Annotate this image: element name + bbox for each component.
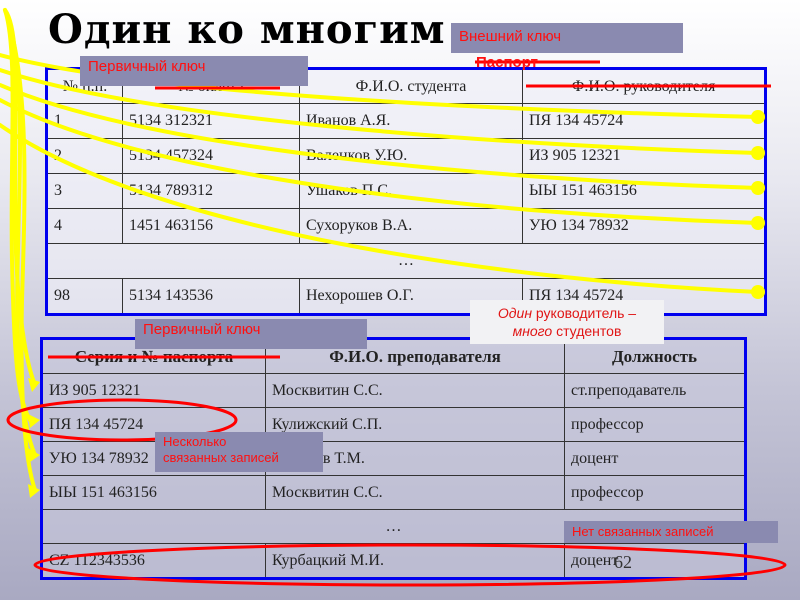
- table-row: 1 5134 312321 Иванов А.Я. ПЯ 134 45724: [47, 104, 766, 139]
- header-supervisor-name: Ф.И.О. руководителя: [523, 69, 766, 104]
- many-related-label: Несколько связанных записей: [155, 432, 323, 472]
- cell-row-number: 4: [47, 209, 123, 244]
- cell-position: профессор: [565, 476, 746, 510]
- table-row: УЮ 134 78932 Ерыбаев Т.М. доцент: [42, 442, 746, 476]
- cell-passport: ИЗ 905 12321: [42, 374, 266, 408]
- table-row: ИЗ 905 12321 Москвитин С.С. ст.преподава…: [42, 374, 746, 408]
- cell-ticket: 5134 312321: [123, 104, 300, 139]
- primary-key-label-top: Первичный ключ: [80, 56, 308, 86]
- cell-row-number: 2: [47, 139, 123, 174]
- many-related-line1: Несколько: [163, 434, 315, 450]
- cell-student: Ушаков П.С.: [300, 174, 523, 209]
- cell-row-number: 3: [47, 174, 123, 209]
- cell-ticket: 1451 463156: [123, 209, 300, 244]
- cell-row-number: 98: [47, 279, 123, 315]
- no-related-label: Нет связанных записей: [564, 521, 778, 543]
- primary-key-label-bottom: Первичный ключ: [135, 319, 367, 349]
- cell-student: Сухоруков В.А.: [300, 209, 523, 244]
- passport-label: Паспорт: [476, 54, 538, 71]
- cell-teacher: Курбацкий М.И.: [266, 544, 565, 579]
- many-related-line2: связанных записей: [163, 450, 315, 466]
- ellipsis-row: …: [47, 244, 766, 279]
- table-row: 4 1451 463156 Сухоруков В.А. УЮ 134 7893…: [47, 209, 766, 244]
- cell-supervisor: ПЯ 134 45724: [523, 104, 766, 139]
- students-table: № п.п. № билета Ф.И.О. студента Ф.И.О. р…: [45, 67, 767, 316]
- one-to-many-note: Один руководитель – много студентов: [470, 300, 664, 344]
- cell-teacher: Москвитин С.С.: [266, 374, 565, 408]
- cell-ticket: 5134 143536: [123, 279, 300, 315]
- note-line1: руководитель –: [532, 305, 636, 321]
- cell-teacher: Москвитин С.С.: [266, 476, 565, 510]
- cell-position: ст.преподаватель: [565, 374, 746, 408]
- foreign-key-label: Внешний ключ: [451, 23, 683, 53]
- slide-title: Один ко многим: [48, 6, 446, 53]
- cell-student: Валенков У.Ю.: [300, 139, 523, 174]
- slide-number: 62: [614, 552, 632, 573]
- cell-ticket: 5134 789312: [123, 174, 300, 209]
- table-row: CZ 112343536 Курбацкий М.И. доцент: [42, 544, 746, 579]
- note-many-word: много: [513, 323, 553, 339]
- table-row: 3 5134 789312 Ушаков П.С. ЫЫ 151 463156: [47, 174, 766, 209]
- cell-ticket: 5134 457324: [123, 139, 300, 174]
- table-row: ЫЫ 151 463156 Москвитин С.С. профессор: [42, 476, 746, 510]
- cell-position: профессор: [565, 408, 746, 442]
- header-student-name: Ф.И.О. студента: [300, 69, 523, 104]
- teachers-table: Серия и № паспорта Ф.И.О. преподавателя …: [40, 337, 747, 580]
- cell-passport: CZ 112343536: [42, 544, 266, 579]
- ellipsis: …: [47, 244, 766, 279]
- cell-passport: ЫЫ 151 463156: [42, 476, 266, 510]
- note-line2: студентов: [552, 323, 621, 339]
- cell-position: доцент: [565, 442, 746, 476]
- cell-row-number: 1: [47, 104, 123, 139]
- table-row: ПЯ 134 45724 Кулижский С.П. профессор: [42, 408, 746, 442]
- cell-position: доцент: [565, 544, 746, 579]
- table-row: 2 5134 457324 Валенков У.Ю. ИЗ 905 12321: [47, 139, 766, 174]
- cell-student: Иванов А.Я.: [300, 104, 523, 139]
- cell-supervisor: ЫЫ 151 463156: [523, 174, 766, 209]
- note-one-word: Один: [498, 305, 532, 321]
- cell-supervisor: ИЗ 905 12321: [523, 139, 766, 174]
- cell-supervisor: УЮ 134 78932: [523, 209, 766, 244]
